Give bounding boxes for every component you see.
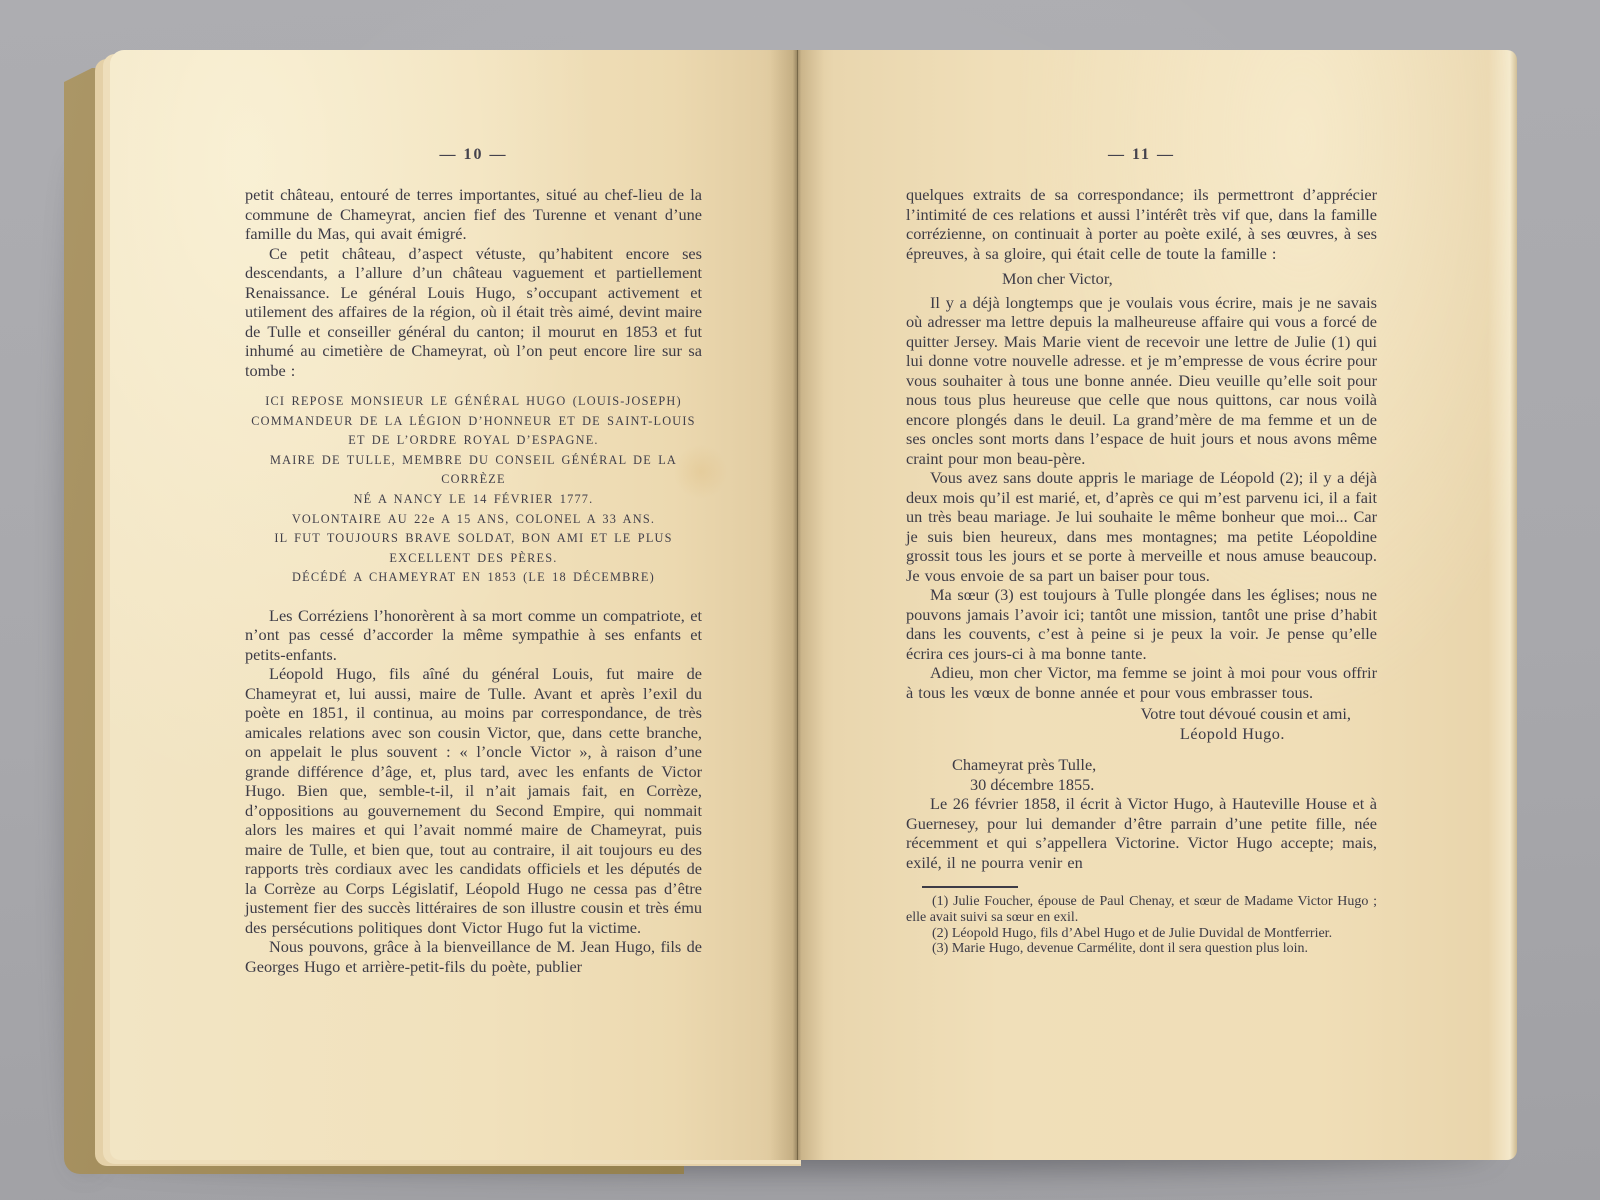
open-book: — 10 — petit château, entouré de terres … — [0, 0, 1600, 1200]
epitaph-line: ET DE L’ORDRE ROYAL D’ESPAGNE. — [245, 431, 702, 451]
paragraph-correziens: Les Corréziens l’honorèrent à sa mort co… — [245, 606, 702, 665]
letter-salutation: Mon cher Victor, — [906, 269, 1377, 289]
letter-paragraph: Ma sœur (3) est toujours à Tulle plongée… — [906, 585, 1377, 663]
page-number-right: — 11 — — [906, 146, 1377, 164]
page-number-left: — 10 — — [245, 146, 702, 164]
epitaph-line: COMMANDEUR DE LA LÉGION D’HONNEUR ET DE … — [245, 412, 702, 432]
paragraph-intro-correspondance: quelques extraits de sa correspondance; … — [906, 185, 1377, 263]
epitaph-line: VOLONTAIRE AU 22e A 15 ANS, COLONEL A 33… — [245, 510, 702, 530]
footnote: (1) Julie Foucher, épouse de Paul Chenay… — [906, 894, 1377, 926]
paragraph-leopold-hugo: Léopold Hugo, fils aîné du général Louis… — [245, 664, 702, 937]
page-left: — 10 — petit château, entouré de terres … — [110, 50, 797, 1160]
epitaph-line: ICI REPOSE MONSIEUR LE GÉNÉRAL HUGO (LOU… — [245, 392, 702, 412]
page-right-column: — 11 — quelques extraits de sa correspon… — [798, 50, 1517, 1160]
paragraph-jean-hugo: Nous pouvons, grâce à la bienveillance d… — [245, 937, 702, 976]
footnote-rule — [922, 886, 1018, 888]
epitaph-line: EXCELLENT DES PÈRES. — [245, 549, 702, 569]
paragraph-general-louis-hugo: Ce petit château, d’aspect vétuste, qu’h… — [245, 244, 702, 381]
epitaph-line: IL FUT TOUJOURS BRAVE SOLDAT, BON AMI ET… — [245, 529, 702, 549]
letter-place: Chameyrat près Tulle, — [906, 755, 1377, 775]
page-left-column: — 10 — petit château, entouré de terres … — [110, 50, 797, 1160]
footnote: (2) Léopold Hugo, fils d’Abel Hugo et de… — [906, 926, 1377, 942]
epitaph-line: NÉ A NANCY LE 14 FÉVRIER 1777. — [245, 490, 702, 510]
paragraph-victorine: Le 26 février 1858, il écrit à Victor Hu… — [906, 794, 1377, 872]
letter-signature: Léopold Hugo. — [906, 724, 1377, 744]
footnote: (3) Marie Hugo, devenue Carmélite, dont … — [906, 941, 1377, 957]
letter-paragraph: Adieu, mon cher Victor, ma femme se join… — [906, 663, 1377, 702]
photo-scene: — 10 — petit château, entouré de terres … — [0, 0, 1600, 1200]
page-right: — 11 — quelques extraits de sa correspon… — [797, 50, 1517, 1160]
tomb-epitaph: ICI REPOSE MONSIEUR LE GÉNÉRAL HUGO (LOU… — [245, 392, 702, 588]
letter-paragraph: Il y a déjà longtemps que je voulais vou… — [906, 293, 1377, 469]
paragraph-chateau-continuation: petit château, entouré de terres importa… — [245, 185, 702, 244]
letter-signoff: Votre tout dévoué cousin et ami, — [906, 704, 1377, 724]
letter-paragraph: Vous avez sans doute appris le mariage d… — [906, 468, 1377, 585]
epitaph-line: DÉCÉDÉ A CHAMEYRAT EN 1853 (LE 18 DÉCEMB… — [245, 568, 702, 588]
letter-date: 30 décembre 1855. — [906, 775, 1377, 795]
epitaph-line: MAIRE DE TULLE, MEMBRE DU CONSEIL GÉNÉRA… — [245, 451, 702, 490]
